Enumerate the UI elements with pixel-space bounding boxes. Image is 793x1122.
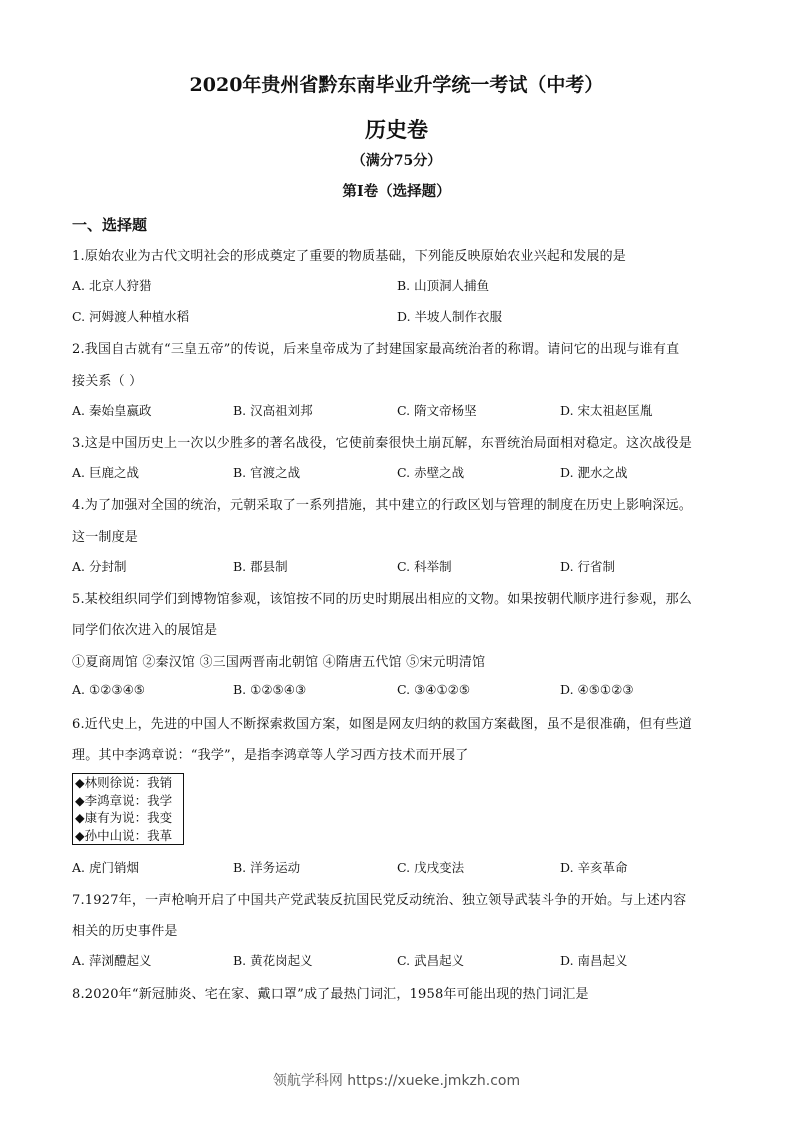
- full-score: （满分75分）: [0, 150, 793, 170]
- footer-watermark: 领航学科网 https://xueke.jmkzh.com: [0, 1070, 793, 1090]
- question-2-stem-cont: 接关系（ ）: [72, 370, 142, 389]
- question-2-stem: 2.我国自古就有“三皇五帝”的传说，后来皇帝成为了封建国家最高统治者的称谓。请问…: [72, 338, 679, 357]
- q6-figure-line: ◆林则徐说：我销: [75, 774, 181, 792]
- q1-option-c: C. 河姆渡人种植水稻: [72, 307, 189, 325]
- q7-option-b: B. 黄花岗起义: [233, 951, 313, 969]
- exam-title: 2020年贵州省黔东南毕业升学统一考试（中考）: [0, 70, 793, 97]
- q6-option-c: C. 戊戌变法: [397, 858, 464, 876]
- part-title: 第Ⅰ卷（选择题）: [0, 180, 793, 201]
- q3-option-b: B. 官渡之战: [233, 463, 300, 481]
- question-7-stem: 7.1927年，一声枪响开启了中国共产党武装反抗国民党反动统治、独立领导武装斗争…: [72, 889, 686, 908]
- q5-option-b: B. ①②⑤④③: [233, 682, 306, 697]
- q4-option-a: A. 分封制: [72, 557, 126, 575]
- question-5-items: ①夏商周馆 ②秦汉馆 ③三国两晋南北朝馆 ④隋唐五代馆 ⑤宋元明清馆: [72, 651, 485, 670]
- subject-title: 历史卷: [0, 114, 793, 144]
- q2-option-a: A. 秦始皇嬴政: [72, 401, 151, 419]
- q3-option-a: A. 巨鹿之战: [72, 463, 139, 481]
- question-4-stem-cont: 这一制度是: [72, 526, 138, 545]
- q4-option-b: B. 郡县制: [233, 557, 288, 575]
- question-8-stem: 8.2020年“新冠肺炎、宅在家、戴口罩”成了最热门词汇，1958年可能出现的热…: [72, 983, 589, 1002]
- q5-option-d: D. ④⑤①②③: [560, 682, 634, 697]
- section-title: 一、选择题: [72, 214, 147, 235]
- question-7-stem-cont: 相关的历史事件是: [72, 920, 178, 939]
- q7-option-c: C. 武昌起义: [397, 951, 464, 969]
- q3-option-c: C. 赤壁之战: [397, 463, 464, 481]
- q1-option-a: A. 北京人狩猎: [72, 276, 151, 294]
- q1-option-d: D. 半坡人制作衣服: [397, 307, 502, 325]
- q6-figure-line: ◆孙中山说：我革: [75, 827, 181, 845]
- q2-option-c: C. 隋文帝杨坚: [397, 401, 477, 419]
- q6-figure-box: ◆林则徐说：我销 ◆李鸿章说：我学 ◆康有为说：我变 ◆孙中山说：我革: [72, 773, 184, 845]
- question-4-stem: 4.为了加强对全国的统治，元朝采取了一系列措施，其中建立的行政区划与管理的制度在…: [72, 494, 692, 513]
- q1-option-b: B. 山顶洞人捕鱼: [397, 276, 489, 294]
- q6-option-b: B. 洋务运动: [233, 858, 300, 876]
- question-1-stem: 1.原始农业为古代文明社会的形成奠定了重要的物质基础，下列能反映原始农业兴起和发…: [72, 245, 626, 264]
- question-6-stem-cont: 理。其中李鸿章说：“我学”，是指李鸿章等人学习西方技术而开展了: [72, 744, 469, 763]
- question-5-stem-cont: 同学们依次进入的展馆是: [72, 619, 217, 638]
- q5-option-c: C. ③④①②⑤: [397, 682, 470, 697]
- q5-option-a: A. ①②③④⑤: [72, 682, 145, 697]
- q7-option-d: D. 南昌起义: [560, 951, 628, 969]
- q6-figure-line: ◆李鸿章说：我学: [75, 792, 181, 810]
- q6-option-a: A. 虎门销烟: [72, 858, 139, 876]
- q6-option-d: D. 辛亥革命: [560, 858, 628, 876]
- question-6-stem: 6.近代史上，先进的中国人不断探索救国方案，如图是网友归纳的救国方案截图，虽不是…: [72, 713, 692, 732]
- q2-option-d: D. 宋太祖赵匡胤: [560, 401, 653, 419]
- q4-option-d: D. 行省制: [560, 557, 615, 575]
- q6-figure-line: ◆康有为说：我变: [75, 809, 181, 827]
- q7-option-a: A. 萍浏醴起义: [72, 951, 151, 969]
- question-5-stem: 5.某校组织同学们到博物馆参观，该馆按不同的历史时期展出相应的文物。如果按朝代顺…: [72, 588, 692, 607]
- q2-option-b: B. 汉高祖刘邦: [233, 401, 313, 419]
- question-3-stem: 3.这是中国历史上一次以少胜多的著名战役，它使前秦很快土崩瓦解，东晋统治局面相对…: [72, 432, 692, 451]
- q3-option-d: D. 淝水之战: [560, 463, 628, 481]
- q4-option-c: C. 科举制: [397, 557, 452, 575]
